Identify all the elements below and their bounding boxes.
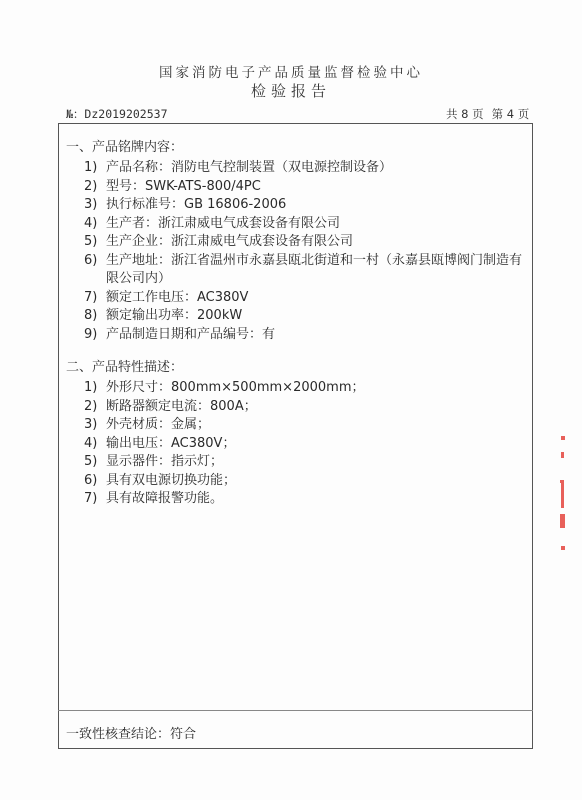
item-text: 具有双电源切换功能； bbox=[106, 473, 236, 488]
item-number: 5) bbox=[84, 454, 106, 469]
item-text: 生产企业：浙江肃威电气成套设备有限公司 bbox=[106, 234, 353, 249]
item-number: 2) bbox=[84, 399, 106, 414]
item-number: 1) bbox=[84, 160, 106, 175]
item-text: 外壳材质：金属； bbox=[106, 417, 210, 432]
item-text: 输出电压：AC380V； bbox=[106, 436, 235, 451]
item-text: 显示器件：指示灯； bbox=[106, 454, 223, 469]
item-text: 外形尺寸：800mm×500mm×2000mm； bbox=[106, 380, 364, 395]
item-number: 7) bbox=[84, 290, 106, 305]
item-text: 产品名称：消防电气控制装置（双电源控制设备） bbox=[106, 160, 392, 175]
nameplate-item-continuation: 限公司内） bbox=[106, 267, 171, 286]
organization-title: 国家消防电子产品质量监督检验中心 bbox=[0, 61, 582, 81]
item-text: 生产地址：浙江省温州市永嘉县瓯北街道和一村（永嘉县瓯博阀门制造有 bbox=[106, 253, 522, 268]
item-text: 额定输出功率：200kW bbox=[106, 308, 242, 323]
page-indicator: 共 8 页第 4 页 bbox=[446, 106, 537, 122]
item-text: 额定工作电压：AC380V bbox=[106, 290, 248, 305]
seal-stamp-icon bbox=[558, 436, 570, 556]
item-text: 断路器额定电流：800A； bbox=[106, 399, 257, 414]
item-number: 4) bbox=[84, 216, 106, 231]
item-text: 执行标准号：GB 16806-2006 bbox=[106, 197, 286, 212]
nameplate-item: 7)额定工作电压：AC380V bbox=[84, 286, 248, 305]
conclusion-divider bbox=[58, 710, 533, 711]
section-characteristics-title: 二、产品特性描述： bbox=[66, 356, 183, 375]
item-number: 8) bbox=[84, 308, 106, 323]
nameplate-item: 5)生产企业：浙江肃威电气成套设备有限公司 bbox=[84, 230, 353, 249]
nameplate-item: 4)生产者：浙江肃威电气成套设备有限公司 bbox=[84, 212, 340, 231]
item-number: 1) bbox=[84, 380, 106, 395]
item-number: 6) bbox=[84, 473, 106, 488]
nameplate-item: 1)产品名称：消防电气控制装置（双电源控制设备） bbox=[84, 156, 392, 175]
characteristic-item: 1)外形尺寸：800mm×500mm×2000mm； bbox=[84, 376, 364, 395]
item-text: 生产者：浙江肃威电气成套设备有限公司 bbox=[106, 216, 340, 231]
total-pages: 共 8 页 bbox=[446, 107, 484, 121]
item-number: 6) bbox=[84, 253, 106, 268]
characteristic-item: 5)显示器件：指示灯； bbox=[84, 450, 223, 469]
document-title: 检验报告 bbox=[0, 80, 582, 101]
item-number: 7) bbox=[84, 491, 106, 506]
item-text: 型号：SWK-ATS-800/4PC bbox=[106, 179, 261, 194]
nameplate-item: 2)型号：SWK-ATS-800/4PC bbox=[84, 175, 261, 194]
item-number: 4) bbox=[84, 436, 106, 451]
nameplate-item: 9)产品制造日期和产品编号：有 bbox=[84, 323, 275, 342]
current-page: 第 4 页 bbox=[492, 107, 530, 121]
item-number: 3) bbox=[84, 197, 106, 212]
item-number: 2) bbox=[84, 179, 106, 194]
item-number: 5) bbox=[84, 234, 106, 249]
nameplate-item: 3)执行标准号：GB 16806-2006 bbox=[84, 193, 286, 212]
nameplate-item: 6)生产地址：浙江省温州市永嘉县瓯北街道和一村（永嘉县瓯博阀门制造有 bbox=[84, 249, 522, 268]
item-text: 产品制造日期和产品编号：有 bbox=[106, 327, 275, 342]
item-text: 具有故障报警功能。 bbox=[106, 491, 223, 506]
characteristic-item: 2)断路器额定电流：800A； bbox=[84, 395, 257, 414]
characteristic-item: 3)外壳材质：金属； bbox=[84, 413, 210, 432]
characteristic-item: 7)具有故障报警功能。 bbox=[84, 487, 223, 506]
characteristic-item: 6)具有双电源切换功能； bbox=[84, 469, 236, 488]
section-nameplate-title: 一、产品铭牌内容： bbox=[66, 136, 183, 155]
document-number: №：Dz2019202537 bbox=[66, 106, 168, 122]
conformity-conclusion: 一致性核查结论：符合 bbox=[66, 723, 196, 742]
item-number: 9) bbox=[84, 327, 106, 342]
item-number: 3) bbox=[84, 417, 106, 432]
characteristic-item: 4)输出电压：AC380V； bbox=[84, 432, 235, 451]
nameplate-item: 8)额定输出功率：200kW bbox=[84, 304, 242, 323]
